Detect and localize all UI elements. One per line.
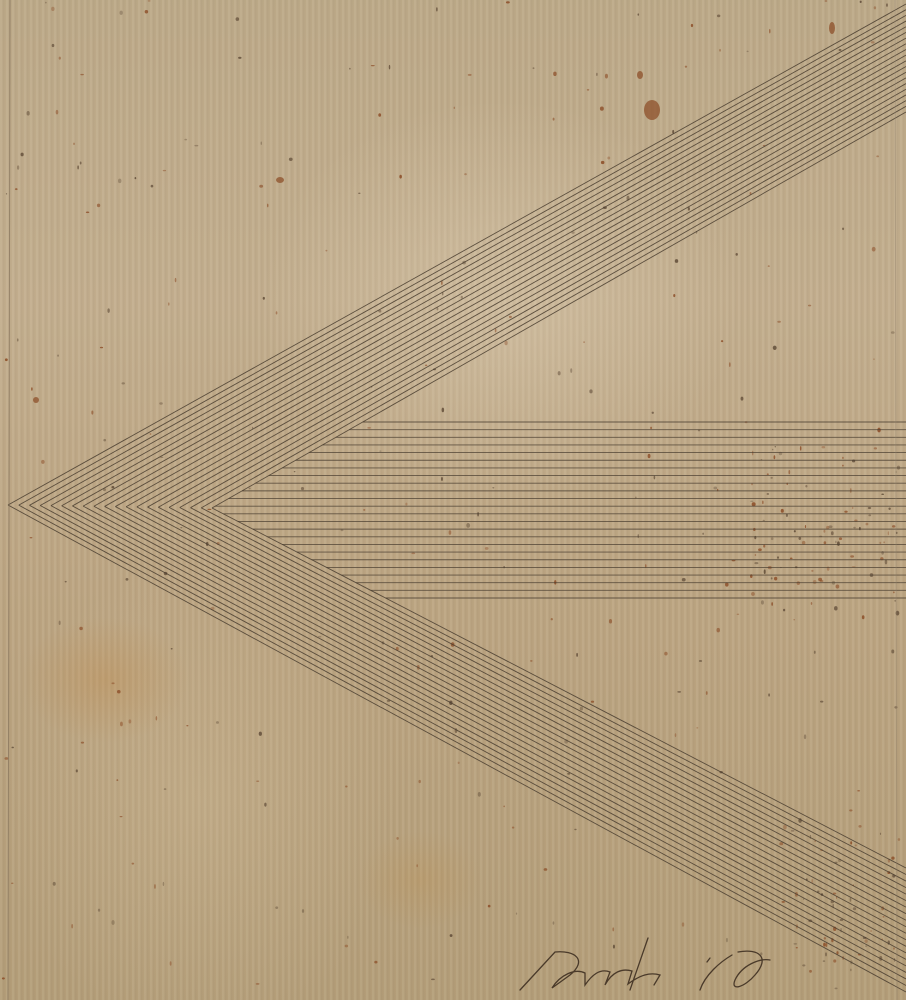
speckle <box>779 842 783 845</box>
speckle <box>729 362 731 367</box>
speckle <box>601 161 605 164</box>
speckle <box>805 525 806 528</box>
speckle <box>591 701 594 703</box>
speckle <box>495 328 497 332</box>
speckle <box>737 614 740 615</box>
ruled-line <box>51 27 906 506</box>
speckle <box>664 652 667 656</box>
speckle <box>820 701 823 703</box>
speckle <box>775 446 776 447</box>
speckle <box>553 921 555 924</box>
speckle <box>809 970 812 973</box>
speckle <box>898 838 901 841</box>
ruled-line <box>40 505 906 972</box>
speckle <box>256 983 260 985</box>
speckle <box>772 449 773 451</box>
speckle <box>839 49 842 51</box>
speckle <box>418 780 420 783</box>
speckle <box>891 650 894 654</box>
speckle <box>835 988 838 990</box>
speckle <box>65 581 67 583</box>
speckle <box>750 501 753 502</box>
speckle <box>788 470 790 474</box>
speckle <box>811 570 813 572</box>
speckle <box>120 816 123 817</box>
speckle <box>98 909 100 912</box>
speckle <box>850 841 852 844</box>
speckle <box>682 578 686 581</box>
speckle <box>852 507 854 509</box>
speckle <box>872 247 876 252</box>
speckle <box>533 67 535 69</box>
speckle <box>441 477 443 481</box>
speckle <box>56 110 59 115</box>
speckle <box>236 17 240 21</box>
speckle <box>796 947 798 948</box>
speckle <box>11 747 14 749</box>
speckle <box>850 898 852 902</box>
painting-canvas <box>0 0 906 1000</box>
ruled-line <box>126 67 906 507</box>
speckle <box>682 922 684 926</box>
speckle <box>777 321 781 323</box>
ruled-line <box>137 72 906 507</box>
speckle <box>57 355 59 357</box>
speckle <box>30 537 33 538</box>
speckle <box>53 882 56 886</box>
speckle <box>530 660 533 662</box>
speckle <box>758 548 762 551</box>
speckle <box>638 13 640 15</box>
speckle <box>873 358 875 359</box>
speckle <box>111 682 114 684</box>
ruled-line <box>29 15 906 505</box>
stain <box>276 177 284 183</box>
speckle <box>822 446 826 448</box>
speckle <box>151 185 154 188</box>
speckle <box>259 732 262 736</box>
speckle <box>768 265 770 267</box>
speckle <box>823 960 826 962</box>
speckle <box>461 296 463 299</box>
speckle <box>675 733 677 737</box>
speckle <box>289 158 293 161</box>
speckle <box>609 619 612 624</box>
speckle <box>589 389 592 393</box>
speckle <box>790 558 793 560</box>
ruled-line <box>62 506 906 960</box>
speckle <box>612 927 614 931</box>
speckle <box>207 509 211 510</box>
speckle <box>883 541 884 543</box>
speckle <box>771 577 773 579</box>
speckle <box>120 11 123 15</box>
speckle <box>868 507 872 509</box>
speckle <box>771 537 774 540</box>
speckle <box>862 615 865 619</box>
speckle <box>736 253 738 256</box>
speckle <box>783 825 787 830</box>
speckle <box>81 742 84 744</box>
speckle <box>893 947 894 949</box>
speckle <box>691 24 693 27</box>
speckle <box>80 74 84 75</box>
speckle <box>892 525 895 528</box>
speckle <box>449 530 452 535</box>
ruled-line <box>115 61 906 507</box>
speckle <box>781 901 784 903</box>
speckle <box>275 906 278 909</box>
speckle <box>170 961 172 965</box>
speckle <box>558 371 561 375</box>
ruled-line <box>105 506 906 933</box>
speckle <box>52 44 55 47</box>
speckle <box>378 113 381 117</box>
speckle <box>580 707 583 711</box>
ruled-line <box>158 507 906 900</box>
speckle <box>824 0 827 2</box>
speckle <box>770 477 773 479</box>
speckle <box>613 945 615 949</box>
ruled-line <box>115 507 906 927</box>
speckle <box>77 165 79 169</box>
speckle <box>781 509 784 513</box>
speckle <box>79 627 83 630</box>
ruled-line <box>212 112 906 508</box>
speckle <box>249 488 251 490</box>
speckle <box>488 905 491 908</box>
speckle <box>15 188 18 190</box>
speckle <box>86 211 89 213</box>
speckle <box>97 204 100 208</box>
speckle <box>773 346 777 350</box>
speckle <box>4 757 8 760</box>
speckle <box>886 3 887 6</box>
speckle <box>752 502 756 506</box>
speckle <box>893 591 895 593</box>
speckle <box>318 636 321 638</box>
left-margin-line <box>8 0 10 1000</box>
speckle <box>839 537 842 540</box>
speckle <box>76 769 78 772</box>
speckle <box>823 530 825 533</box>
speckle <box>103 439 106 442</box>
speckle <box>126 578 129 581</box>
speckle <box>888 508 890 510</box>
speckle <box>553 118 555 121</box>
speckle <box>719 49 720 52</box>
speckle <box>442 408 445 413</box>
speckle <box>485 547 489 550</box>
speckle <box>59 57 61 60</box>
speckle <box>302 909 304 913</box>
speckle <box>587 89 589 91</box>
ruled-line <box>191 101 906 508</box>
speckle <box>450 934 453 937</box>
speckle <box>551 618 553 620</box>
speckle <box>17 338 19 341</box>
speckle <box>600 107 604 111</box>
speckle <box>100 347 103 348</box>
ruled-line <box>72 38 906 506</box>
speckle <box>512 827 514 829</box>
speckle <box>891 331 895 334</box>
speckle <box>464 173 467 175</box>
speckle <box>120 722 123 727</box>
ruled-line <box>19 505 906 985</box>
ruled-line <box>180 508 906 888</box>
speckle <box>699 660 702 662</box>
speckle <box>367 427 371 428</box>
speckle <box>389 65 390 70</box>
speckle <box>544 868 548 871</box>
speckle <box>416 864 417 867</box>
speckle <box>145 10 148 13</box>
speckle <box>717 15 720 18</box>
speckle <box>836 584 840 588</box>
speckle <box>855 844 857 846</box>
speckle <box>122 382 125 384</box>
speckle <box>132 863 135 865</box>
speckle <box>870 930 872 932</box>
speckle <box>159 402 163 404</box>
speckle <box>301 487 304 490</box>
ruled-line <box>94 506 906 940</box>
speckle <box>11 883 14 884</box>
speckle <box>874 447 877 449</box>
speckle <box>111 486 114 488</box>
speckle <box>754 562 758 564</box>
speckle <box>891 856 894 859</box>
speckle <box>186 725 188 726</box>
speckle <box>874 6 876 9</box>
speckle <box>802 964 805 966</box>
speckle <box>216 721 219 724</box>
speckle <box>865 945 867 947</box>
speckle <box>648 454 651 459</box>
speckle <box>702 533 704 535</box>
speckle <box>163 170 166 171</box>
speckle <box>154 884 156 889</box>
speckle <box>835 541 836 544</box>
speckle <box>864 939 867 943</box>
speckle <box>769 29 770 34</box>
ruled-line <box>191 508 906 881</box>
speckle <box>726 938 728 942</box>
ruled-line <box>19 10 906 505</box>
speckle <box>458 762 460 764</box>
speckle <box>794 530 796 532</box>
right-margin-line <box>895 0 897 1000</box>
speckle <box>842 465 843 467</box>
speckle <box>21 153 24 157</box>
speckle <box>363 509 365 510</box>
speckle <box>396 837 398 840</box>
speckle <box>478 792 481 797</box>
speckle <box>374 961 377 964</box>
speckle <box>761 600 764 604</box>
speckle <box>871 41 875 43</box>
speckle <box>755 554 757 556</box>
speckle <box>425 365 427 367</box>
speckle <box>866 523 869 526</box>
speckle <box>294 471 296 472</box>
speckle <box>800 446 802 450</box>
speckle <box>516 912 517 914</box>
speckle <box>652 412 654 414</box>
speckle <box>882 916 884 918</box>
chevron-line-artwork <box>0 0 906 1000</box>
speckle <box>768 693 770 696</box>
speckle <box>860 1 862 3</box>
speckle <box>349 68 351 70</box>
speckle <box>673 294 675 297</box>
speckle <box>405 503 407 506</box>
speckle <box>777 556 779 559</box>
speckle <box>868 514 871 516</box>
speckle <box>721 340 723 342</box>
speckle <box>751 592 755 596</box>
speckle <box>805 485 807 488</box>
speckle <box>2 977 5 979</box>
speckle <box>834 606 838 610</box>
speckle <box>91 410 93 414</box>
speckle <box>164 788 167 790</box>
speckle <box>358 193 360 194</box>
speckle <box>842 457 843 459</box>
speckle <box>794 619 795 620</box>
stain <box>829 22 835 34</box>
speckle <box>345 945 348 948</box>
speckle <box>857 790 860 792</box>
speckle <box>844 511 847 513</box>
speckle <box>804 734 806 739</box>
speckle <box>716 628 720 632</box>
speckle <box>184 139 187 141</box>
speckle <box>849 809 852 811</box>
ruled-line <box>40 21 906 505</box>
stain <box>644 100 660 120</box>
speckle <box>129 719 132 723</box>
speckle <box>823 943 825 947</box>
speckle <box>825 952 827 956</box>
speckle <box>107 308 109 312</box>
speckle <box>793 943 797 944</box>
speckle <box>696 727 698 728</box>
speckle <box>747 51 749 53</box>
speckle <box>325 250 327 252</box>
speckle <box>168 302 169 305</box>
speckle <box>27 111 30 116</box>
speckle <box>881 494 884 496</box>
speckle <box>180 527 182 528</box>
ruled-line <box>72 506 906 953</box>
speckle <box>583 341 585 343</box>
speckle <box>677 691 681 692</box>
speckle <box>118 179 121 184</box>
speckle <box>175 278 177 282</box>
speckle <box>850 968 852 971</box>
speckle <box>468 74 472 76</box>
speckle <box>117 690 121 693</box>
speckle <box>741 397 744 401</box>
speckle <box>71 924 73 928</box>
speckle <box>607 157 610 160</box>
speckle <box>824 541 827 544</box>
speckle <box>111 920 114 925</box>
speckle <box>858 825 861 828</box>
speckle <box>194 145 198 146</box>
speckle <box>576 653 578 657</box>
speckle <box>171 648 173 650</box>
speckle <box>825 943 827 947</box>
speckle <box>454 107 455 109</box>
speckle <box>774 577 777 581</box>
speckle <box>399 175 402 179</box>
speckle <box>506 1 510 3</box>
ruled-line <box>180 95 906 508</box>
speckle <box>605 74 608 79</box>
signature <box>520 938 770 990</box>
speckle <box>276 311 278 314</box>
speckle <box>264 803 266 807</box>
ruled-line <box>83 506 906 946</box>
speckle <box>238 57 241 59</box>
speckle <box>347 936 348 939</box>
speckle <box>767 493 770 495</box>
speckle <box>783 609 785 612</box>
speckle <box>570 368 572 373</box>
speckle <box>156 716 158 720</box>
speckle <box>503 805 505 807</box>
speckle <box>259 185 263 188</box>
speckle <box>824 937 826 939</box>
speckle <box>650 427 652 430</box>
speckle <box>261 142 262 145</box>
speckle <box>885 560 887 565</box>
speckle <box>116 779 118 780</box>
speckle <box>31 387 33 391</box>
speckle <box>853 527 856 529</box>
speckle <box>767 473 769 474</box>
speckle <box>837 541 840 546</box>
stain <box>637 71 643 79</box>
speckle <box>6 193 7 194</box>
speckle <box>45 2 47 4</box>
speckle <box>267 204 268 208</box>
speckle <box>811 602 813 605</box>
speckle <box>675 259 678 263</box>
speckle <box>59 621 61 625</box>
speckle <box>831 531 834 535</box>
speckle <box>436 7 438 11</box>
speckle <box>808 305 811 307</box>
speckle <box>638 534 639 538</box>
speckle <box>774 455 776 459</box>
speckle <box>685 66 687 68</box>
ruled-line <box>137 507 906 914</box>
ruled-line <box>105 55 906 506</box>
speckle <box>379 451 381 452</box>
ruled-line <box>158 84 906 508</box>
speckle <box>135 177 137 179</box>
speckle <box>163 882 165 886</box>
ruled-line <box>201 508 906 875</box>
speckle <box>813 580 817 584</box>
speckle <box>764 569 766 574</box>
speckle <box>411 553 415 555</box>
speckle <box>713 487 717 490</box>
